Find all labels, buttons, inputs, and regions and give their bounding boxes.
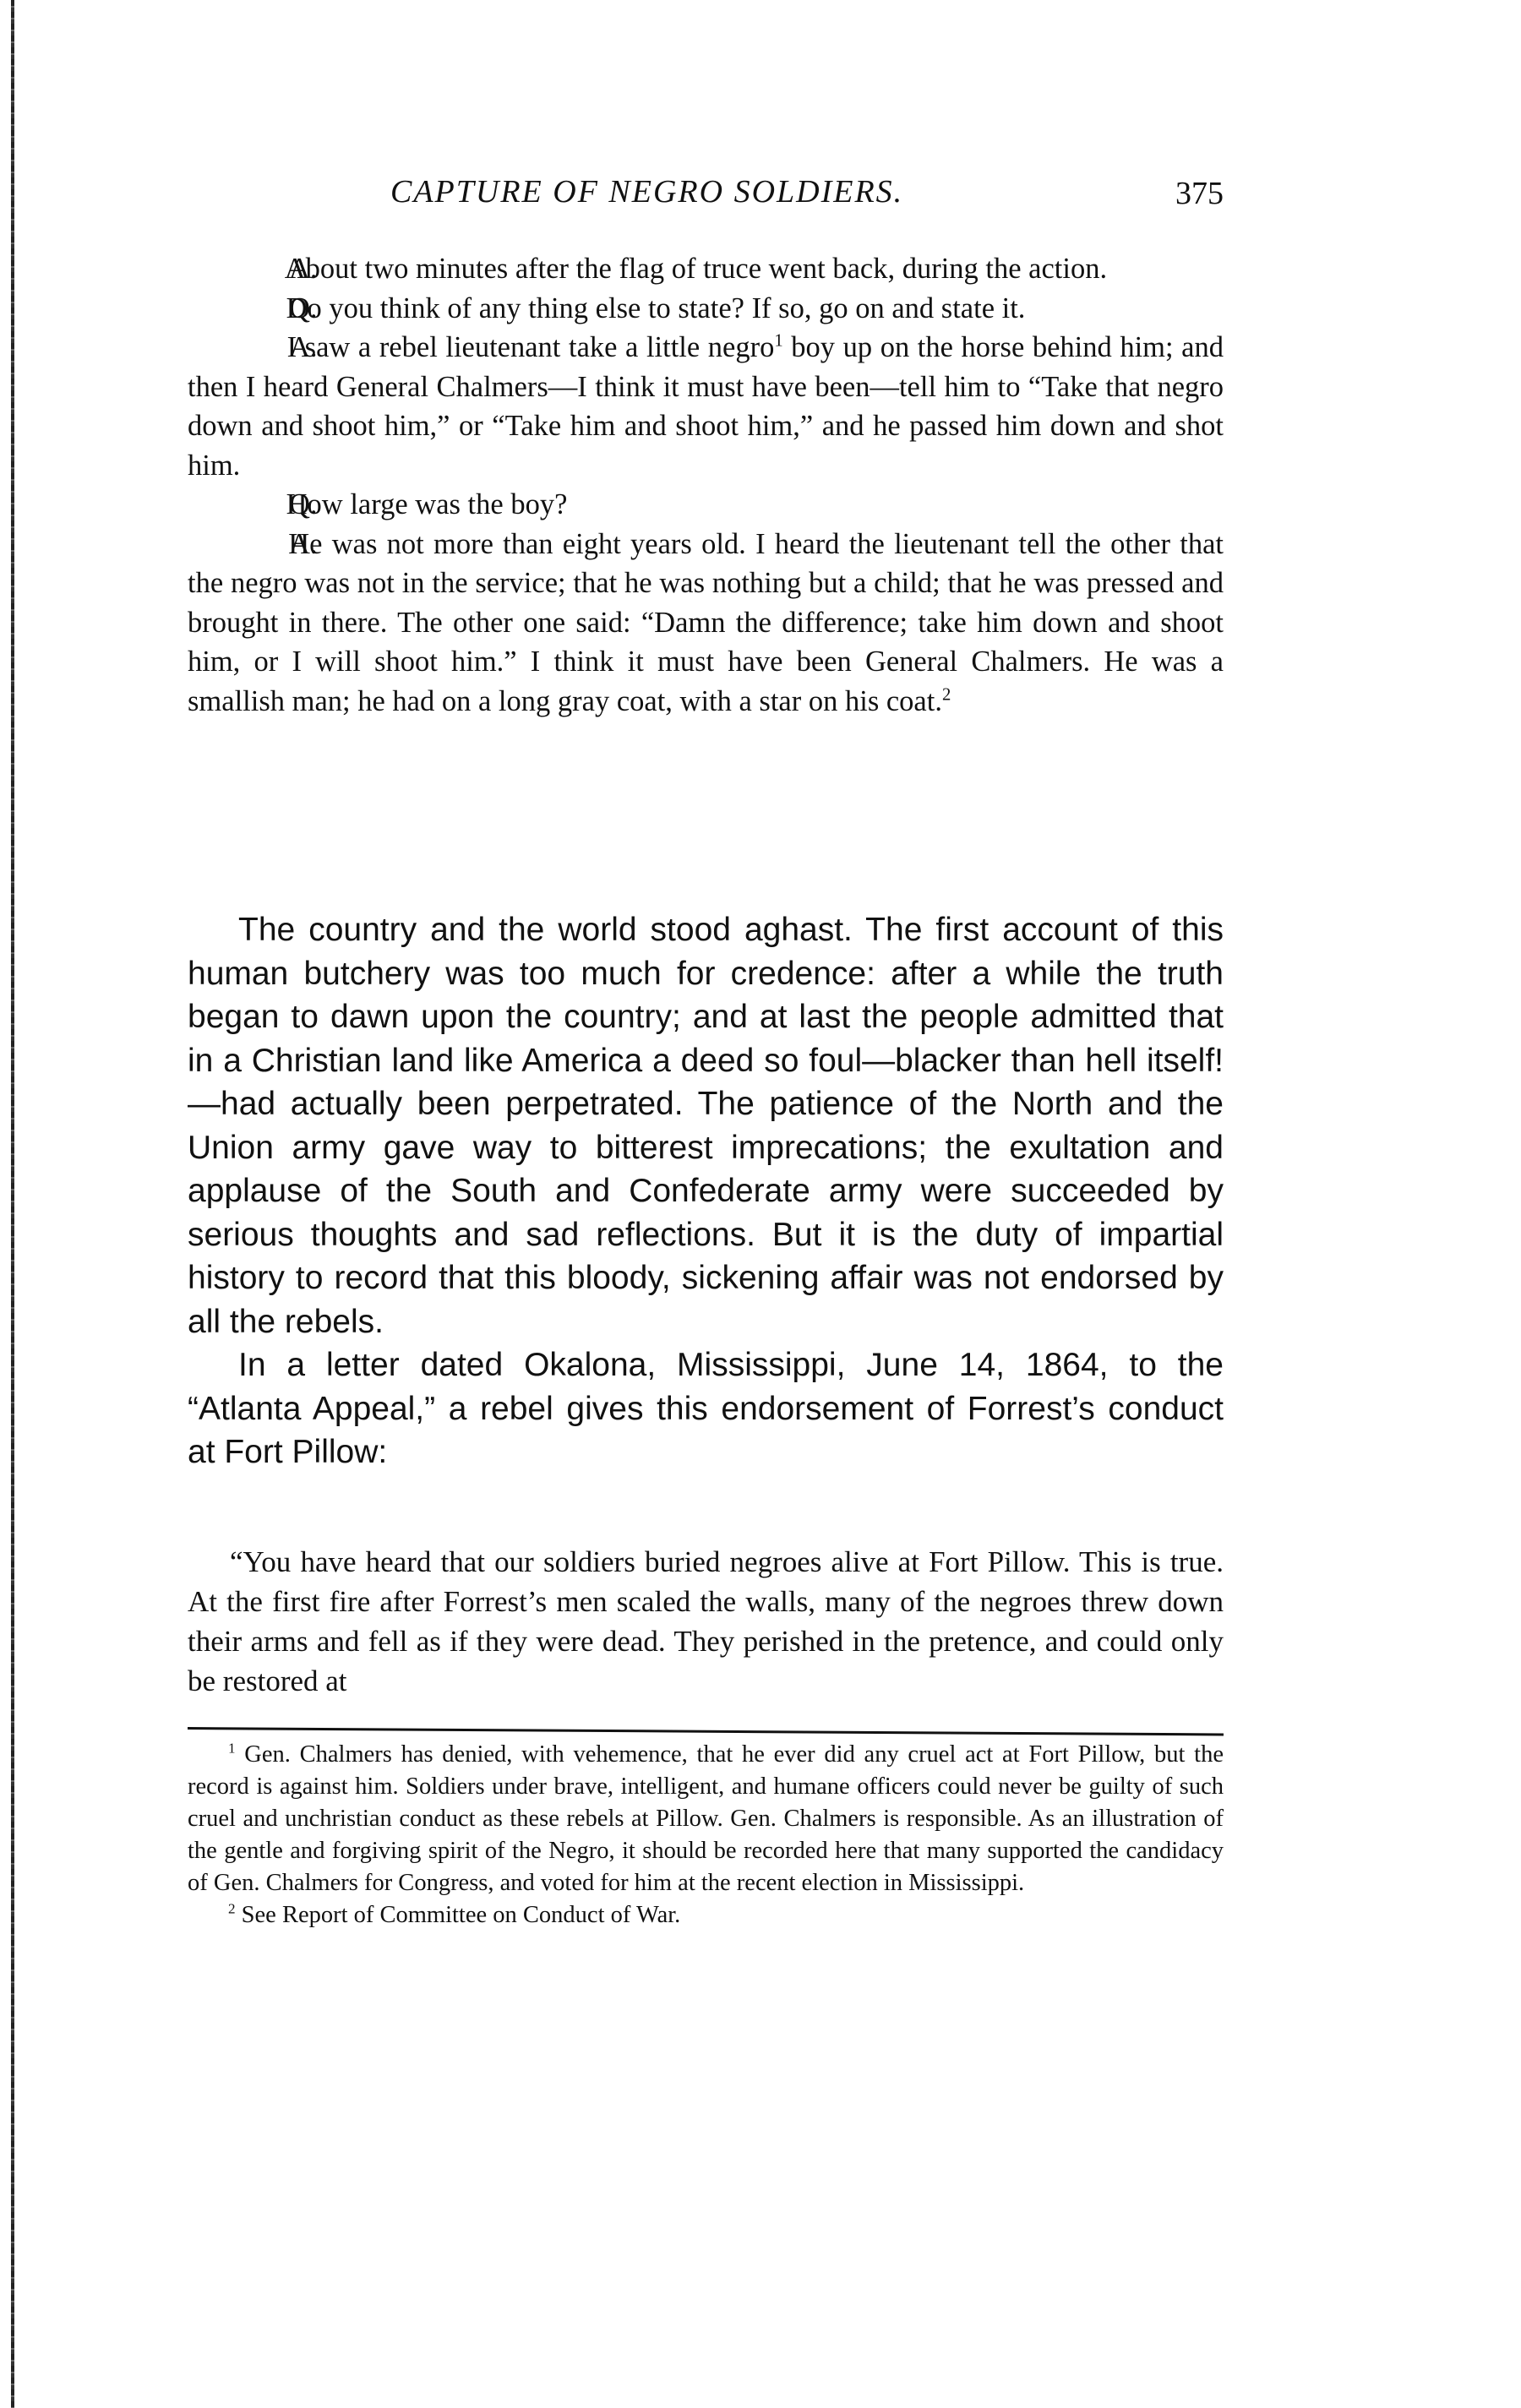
testimony-text: Do you think of any thing else to state?… [286,292,1026,324]
footnote-text: See Report of Committee on Conduct of Wa… [242,1902,681,1928]
footnote-mark: 1 [228,1741,236,1757]
footnote-ref[interactable]: 2 [942,685,951,704]
quotation-text: “You have heard that our soldiers buried… [188,1542,1224,1701]
testimony-text: I saw a rebel lieutenant take a little n… [287,331,775,363]
testimony-text: About two minutes after the flag of truc… [285,253,1107,285]
speaker-label: Q. [238,289,279,329]
body-paragraph: In a letter dated Okalona, Mississippi, … [188,1343,1224,1474]
speaker-label: Q. [238,485,279,525]
speaker-label: A. [238,249,279,289]
footnote-text: Gen. Chalmers has denied, with vehemence… [188,1741,1224,1896]
footnote-1: 1 Gen. Chalmers has denied, with vehemen… [188,1739,1224,1899]
footnote-mark: 2 [228,1901,236,1917]
testimony-question: Q. How large was the boy? [188,485,1224,525]
footnotes: 1 Gen. Chalmers has denied, with vehemen… [188,1739,1224,1931]
body-paragraph: The country and the world stood aghast. … [188,908,1224,1343]
speaker-label: A. [238,328,279,368]
footnote-ref[interactable]: 1 [774,332,782,351]
testimony-answer: A. I saw a rebel lieutenant take a littl… [188,328,1224,485]
footnote-divider [188,1727,1224,1735]
speaker-label: A. [238,525,279,564]
running-head: CAPTURE OF NEGRO SOLDIERS. 375 [188,173,1224,224]
testimony-answer: A. About two minutes after the flag of t… [188,249,1224,289]
scan-binding-edge [11,0,14,2408]
testimony-text: How large was the boy? [286,488,568,520]
testimony-block: A. About two minutes after the flag of t… [188,249,1224,721]
running-title: CAPTURE OF NEGRO SOLDIERS. [390,173,903,210]
page-number: 375 [1175,175,1224,212]
testimony-answer: A. He was not more than eight years old.… [188,525,1224,722]
testimony-question: Q. Do you think of any thing else to sta… [188,289,1224,329]
block-quotation: “You have heard that our soldiers buried… [188,1542,1224,1701]
footnote-2: 2 See Report of Committee on Conduct of … [188,1899,1224,1931]
testimony-text: He was not more than eight years old. I … [188,528,1224,717]
body-text: The country and the world stood aghast. … [188,908,1224,1474]
